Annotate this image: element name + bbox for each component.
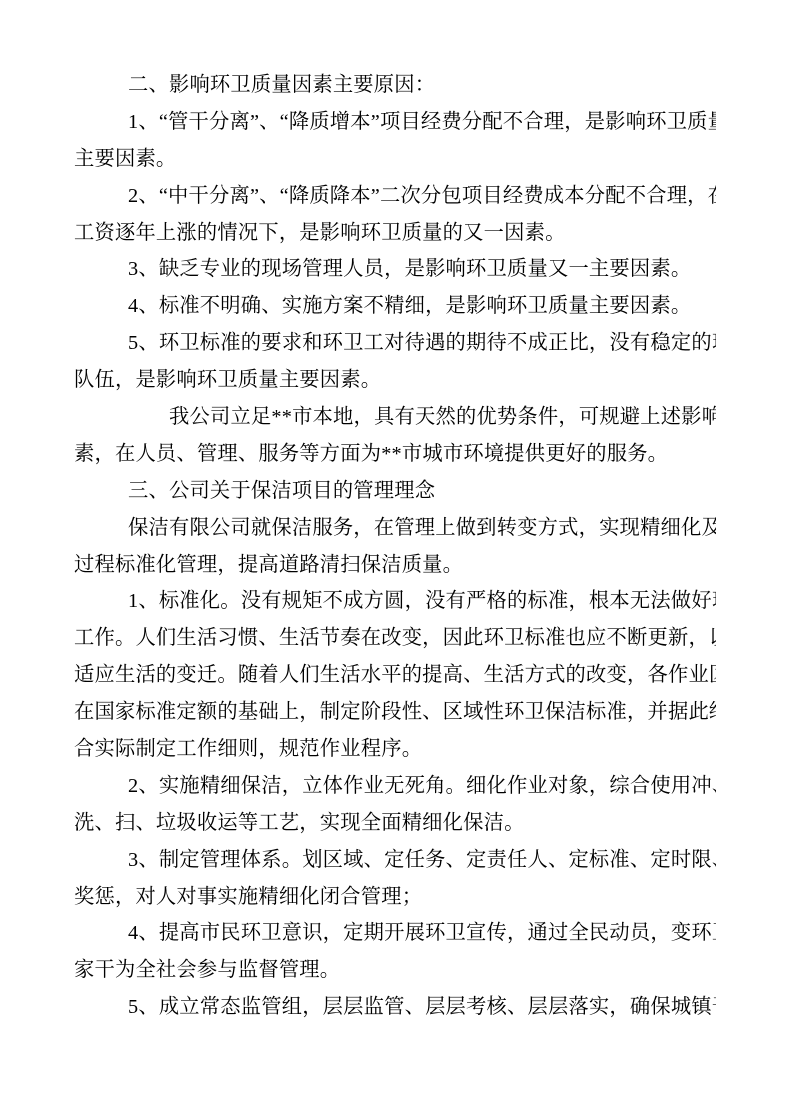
paragraph-line: 3、制定管理体系。划区域、定任务、定责任人、定标准、定时限、定 [74, 842, 716, 879]
paragraph-line: 素，在人员、管理、服务等方面为**市城市环境提供更好的服务。 [74, 436, 716, 473]
paragraph: 3、制定管理体系。划区域、定任务、定责任人、定标准、定时限、定 奖惩，对人对事实… [74, 842, 716, 916]
paragraph: 5、成立常态监管组，层层监管、层层考核、层层落实，确保城镇干净 [74, 989, 716, 1026]
paragraph-line: 洗、扫、垃圾收运等工艺，实现全面精细化保洁。 [74, 805, 716, 842]
paragraph: 4、提高市民环卫意识，定期开展环卫宣传，通过全民动员，变环卫一 家干为全社会参与… [74, 915, 716, 989]
paragraph-line: 适应生活的变迁。随着人们生活水平的提高、生活方式的改变，各作业区 [74, 657, 716, 694]
paragraph-line: 过程标准化管理，提高道路清扫保洁质量。 [74, 547, 716, 584]
paragraph: 3、缺乏专业的现场管理人员，是影响环卫质量又一主要因素。 [74, 251, 716, 288]
paragraph: 我公司立足**市本地，具有天然的优势条件，可规避上述影响因 素，在人员、管理、服… [74, 399, 716, 473]
paragraph-line: 合实际制定工作细则，规范作业程序。 [74, 731, 716, 768]
paragraph: 三、公司关于保洁项目的管理理念 [74, 473, 716, 510]
paragraph-line: 2、实施精细保洁，立体作业无死角。细化作业对象，综合使用冲、刷、 [74, 768, 716, 805]
paragraph: 保洁有限公司就保洁服务，在管理上做到转变方式，实现精细化及全 过程标准化管理，提… [74, 510, 716, 584]
section-heading-line: 三、公司关于保洁项目的管理理念 [74, 473, 716, 510]
paragraph-line: 2、“中干分离”、“降质降本”二次分包项目经费成本分配不合理，在 [74, 178, 716, 215]
paragraph-line: 我公司立足**市本地，具有天然的优势条件，可规避上述影响因 [74, 399, 716, 436]
paragraph-line: 4、提高市民环卫意识，定期开展环卫宣传，通过全民动员，变环卫一 [74, 915, 716, 952]
paragraph-line: 家干为全社会参与监督管理。 [74, 952, 716, 989]
paragraph: 2、实施精细保洁，立体作业无死角。细化作业对象，综合使用冲、刷、 洗、扫、垃圾收… [74, 768, 716, 842]
section-heading-line: 二、影响环卫质量因素主要原因： [74, 67, 716, 104]
paragraph-line: 1、标准化。没有规矩不成方圆，没有严格的标准，根本无法做好环卫 [74, 583, 716, 620]
paragraph: 1、“管干分离”、“降质增本”项目经费分配不合理，是影响环卫质量 主要因素。 [74, 104, 716, 178]
paragraph: 5、环卫标准的要求和环卫工对待遇的期待不成正比，没有稳定的环卫 队伍，是影响环卫… [74, 325, 716, 399]
paragraph-line: 主要因素。 [74, 141, 716, 178]
document-page: 二、影响环卫质量因素主要原因： 1、“管干分离”、“降质增本”项目经费分配不合理… [0, 0, 789, 1118]
paragraph-line: 3、缺乏专业的现场管理人员，是影响环卫质量又一主要因素。 [74, 251, 716, 288]
paragraph-line: 5、成立常态监管组，层层监管、层层考核、层层落实，确保城镇干净 [74, 989, 716, 1026]
paragraph-line: 奖惩，对人对事实施精细化闭合管理； [74, 879, 716, 916]
paragraph-line: 保洁有限公司就保洁服务，在管理上做到转变方式，实现精细化及全 [74, 510, 716, 547]
paragraph-line: 4、标准不明确、实施方案不精细，是影响环卫质量主要因素。 [74, 288, 716, 325]
paragraph-line: 工作。人们生活习惯、生活节奏在改变，因此环卫标准也应不断更新，以 [74, 620, 716, 657]
document-body: 二、影响环卫质量因素主要原因： 1、“管干分离”、“降质增本”项目经费分配不合理… [74, 67, 716, 1026]
paragraph-line: 5、环卫标准的要求和环卫工对待遇的期待不成正比，没有稳定的环卫 [74, 325, 716, 362]
paragraph: 2、“中干分离”、“降质降本”二次分包项目经费成本分配不合理，在 工资逐年上涨的… [74, 178, 716, 252]
paragraph-line: 队伍，是影响环卫质量主要因素。 [74, 362, 716, 399]
paragraph: 4、标准不明确、实施方案不精细，是影响环卫质量主要因素。 [74, 288, 716, 325]
paragraph: 1、标准化。没有规矩不成方圆，没有严格的标准，根本无法做好环卫 工作。人们生活习… [74, 583, 716, 767]
paragraph-line: 工资逐年上涨的情况下，是影响环卫质量的又一因素。 [74, 215, 716, 252]
paragraph-line: 在国家标准定额的基础上，制定阶段性、区域性环卫保洁标准，并据此结 [74, 694, 716, 731]
paragraph-line: 1、“管干分离”、“降质增本”项目经费分配不合理，是影响环卫质量 [74, 104, 716, 141]
paragraph: 二、影响环卫质量因素主要原因： [74, 67, 716, 104]
